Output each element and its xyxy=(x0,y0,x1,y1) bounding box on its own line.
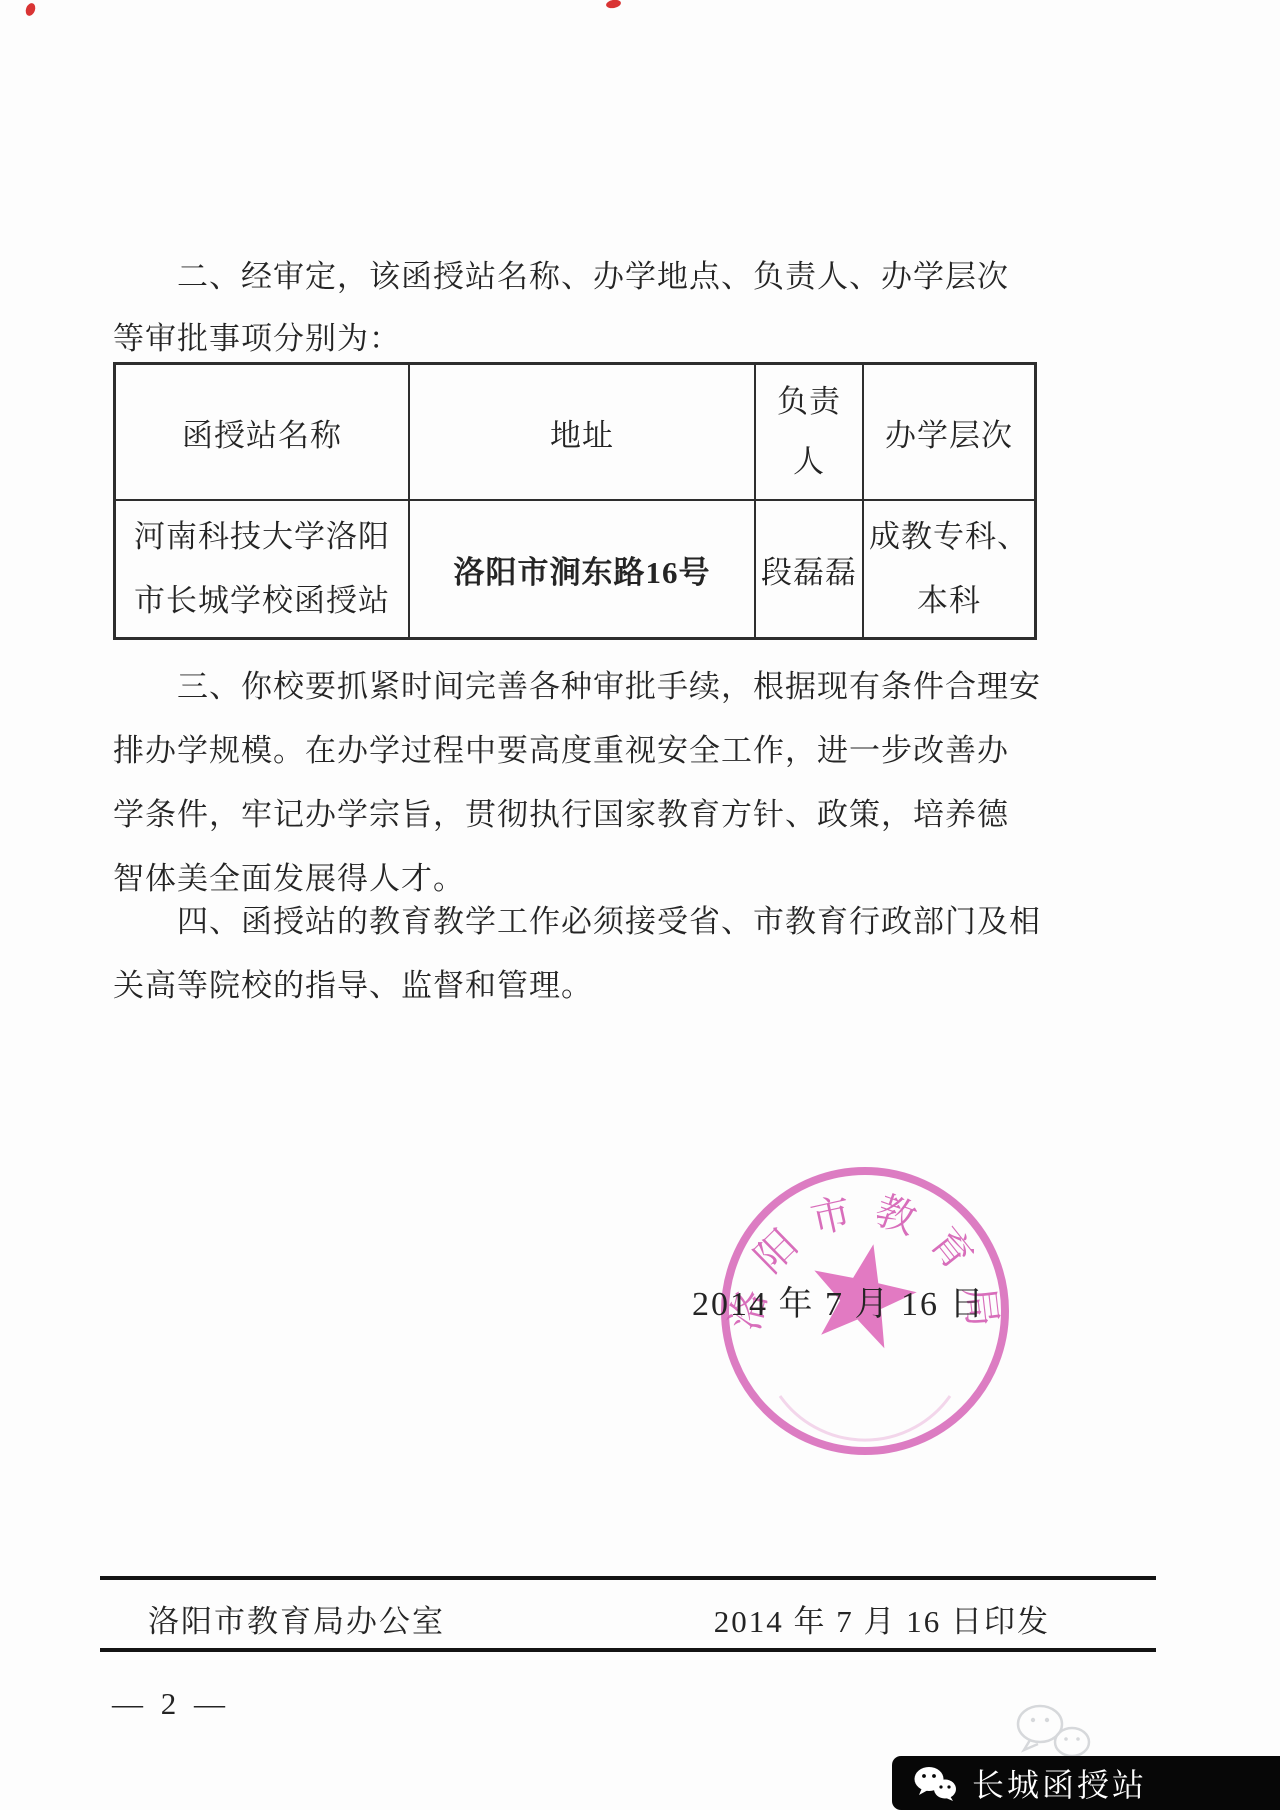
station-name-line: 市长城学校函授站 xyxy=(134,569,390,633)
watermark-badge: 长城函授站 xyxy=(892,1756,1280,1810)
table-cell-address: 洛阳市涧东路16号 xyxy=(410,501,756,637)
paragraph-line: 四、函授站的教育教学工作必须接受省、市教育行政部门及相 xyxy=(177,903,1041,941)
table-header-person: 负责人 xyxy=(756,365,864,501)
approval-table: 函授站名称 地址 负责人 办学层次 河南科技大学洛阳 市长城学校函授站 洛阳市涧… xyxy=(113,362,1037,640)
page-number: — 2 — xyxy=(112,1686,230,1722)
table-cell-person: 段磊磊 xyxy=(756,501,864,637)
paragraph-line: 学条件，牢记办学宗旨，贯彻执行国家教育方针、政策，培养德 xyxy=(113,796,1009,834)
footer-print-date: 2014 年 7 月 16 日印发 xyxy=(714,1596,1050,1641)
table-header-station-name: 函授站名称 xyxy=(116,365,410,501)
document-date: 2014 年 7 月 16 日 xyxy=(692,1276,986,1325)
paragraph-line: 等审批事项分别为： xyxy=(113,320,401,358)
station-name-line: 河南科技大学洛阳 xyxy=(134,505,390,569)
table-cell-station-name: 河南科技大学洛阳 市长城学校函授站 xyxy=(116,501,410,637)
table-header-address: 地址 xyxy=(410,365,756,501)
footer-issuing-office: 洛阳市教育局办公室 xyxy=(148,1596,445,1641)
paragraph-line: 关高等院校的指导、监督和管理。 xyxy=(113,967,593,1005)
paragraph-line: 智体美全面发展得人才。 xyxy=(113,860,465,898)
table-header-level: 办学层次 xyxy=(864,365,1034,501)
scanned-document-page: 二、经审定，该函授站名称、办学地点、负责人、办学层次 等审批事项分别为： 函授站… xyxy=(0,0,1280,1810)
red-scan-speck xyxy=(24,2,37,17)
paragraph-line: 二、经审定，该函授站名称、办学地点、负责人、办学层次 xyxy=(177,258,1009,296)
red-scan-speck xyxy=(605,0,621,9)
footer-rule-top xyxy=(100,1576,1156,1580)
footer-rule-bottom xyxy=(100,1648,1156,1652)
level-line: 成教专科、 xyxy=(869,505,1029,569)
level-line: 本科 xyxy=(869,569,1029,633)
wechat-icon xyxy=(912,1764,958,1802)
table-header-person-label: 负责人 xyxy=(775,372,843,492)
table-cell-level: 成教专科、 本科 xyxy=(864,501,1034,637)
badge-label: 长城函授站 xyxy=(972,1760,1147,1806)
paragraph-line: 三、你校要抓紧时间完善各种审批手续，根据现有条件合理安 xyxy=(177,668,1041,706)
paragraph-line: 排办学规模。在办学过程中要高度重视安全工作，进一步改善办 xyxy=(113,732,1009,770)
